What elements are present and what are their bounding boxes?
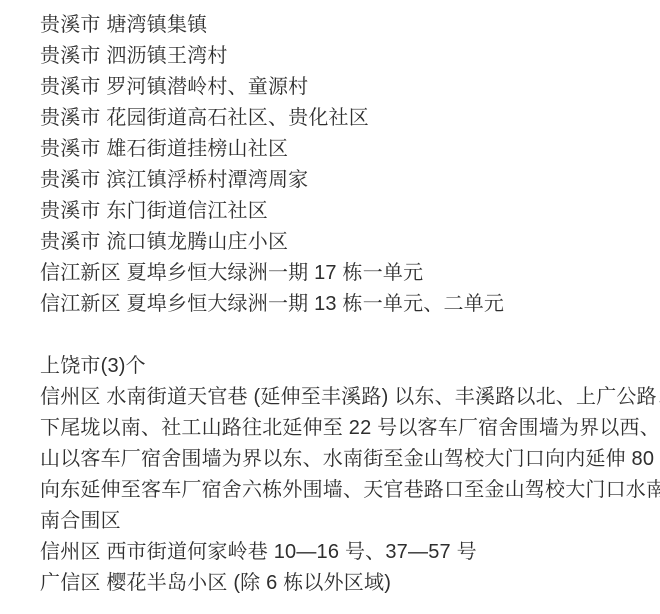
region-line: 贵溪市 滨江镇浮桥村潭湾周家 — [40, 165, 652, 196]
risk-area-document: 贵溪市 塘湾镇集镇 贵溪市 泗沥镇王湾村 贵溪市 罗河镇潜岭村、童源村 贵溪市 … — [0, 0, 660, 599]
region-line: 贵溪市 塘湾镇集镇 — [40, 10, 652, 41]
section-guixi-xinjiang: 贵溪市 塘湾镇集镇 贵溪市 泗沥镇王湾村 贵溪市 罗河镇潜岭村、童源村 贵溪市 … — [40, 10, 652, 320]
region-line: 贵溪市 罗河镇潜岭村、童源村 — [40, 72, 652, 103]
region-line: 广信区 樱花半岛小区 (除 6 栋以外区域) — [40, 568, 652, 599]
region-line: 贵溪市 流口镇龙腾山庄小区 — [40, 227, 652, 258]
region-line: 信州区 水南街道天官巷 (延伸至丰溪路) 以东、丰溪路以北、上广公路以西、 — [40, 382, 652, 413]
section-heading: 上饶市(3)个 — [40, 351, 652, 382]
region-line: 向东延伸至客车厂宿舍六栋外围墙、天官巷路口至金山驾校大门口水南街以 — [40, 475, 652, 506]
region-line: 贵溪市 泗沥镇王湾村 — [40, 41, 652, 72]
region-line: 信江新区 夏埠乡恒大绿洲一期 17 栋一单元 — [40, 258, 652, 289]
region-line: 信江新区 夏埠乡恒大绿洲一期 13 栋一单元、二单元 — [40, 289, 652, 320]
region-line: 南合围区 — [40, 506, 652, 537]
region-line: 贵溪市 花园街道高石社区、贵化社区 — [40, 103, 652, 134]
region-line: 贵溪市 雄石街道挂榜山社区 — [40, 134, 652, 165]
section-shangrao: 上饶市(3)个 信州区 水南街道天官巷 (延伸至丰溪路) 以东、丰溪路以北、上广… — [40, 351, 652, 599]
region-line: 下尾垅以南、社工山路往北延伸至 22 号以客车厂宿舍围墙为界以西、黄金 — [40, 413, 652, 444]
region-line: 信州区 西市街道何家岭巷 10—16 号、37—57 号 — [40, 537, 652, 568]
region-line: 贵溪市 东门街道信江社区 — [40, 196, 652, 227]
region-line: 山以客车厂宿舍围墙为界以东、水南街至金山驾校大门口向内延伸 80 米再 — [40, 444, 652, 475]
